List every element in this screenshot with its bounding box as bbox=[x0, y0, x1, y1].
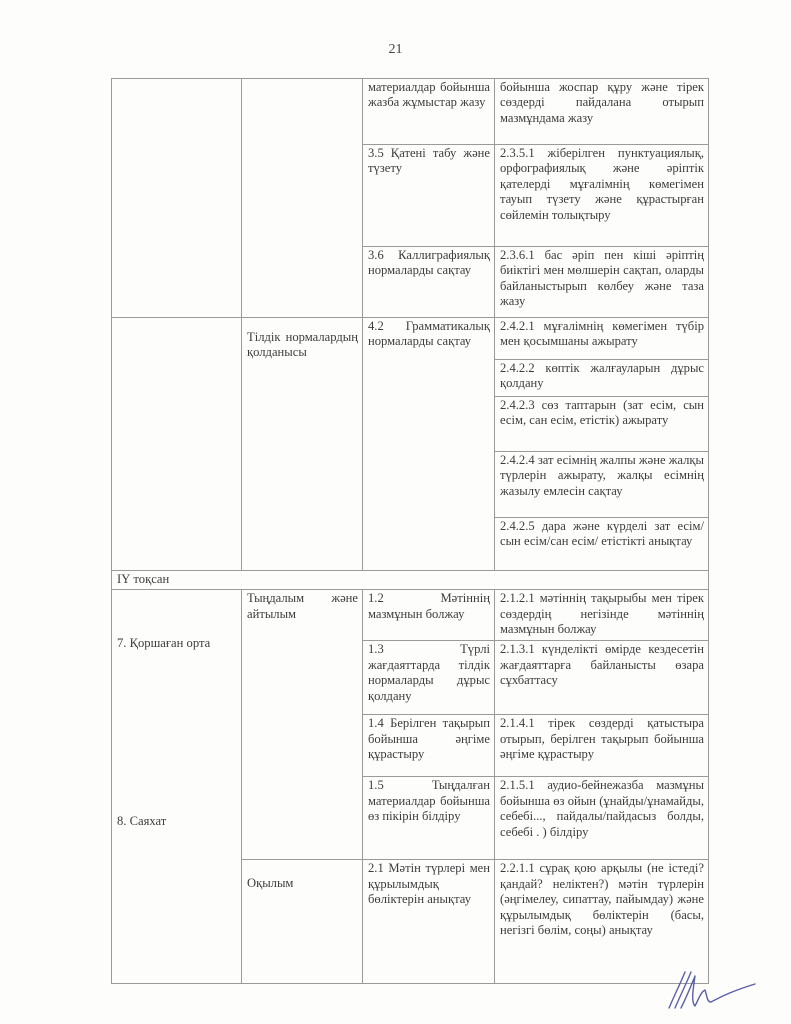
table-row: материалдар бойынша жазба жұмыстар жазу … bbox=[112, 79, 709, 145]
subskill-cell: 1.3 Түрлі жағдаяттарда тілдік нормаларды… bbox=[363, 641, 495, 715]
objective-cell: 2.2.1.1 сұрақ қою арқылы (не істеді? қан… bbox=[495, 860, 709, 984]
objective-cell: 2.1.4.1 тірек сөздерді қатыстыра отырып,… bbox=[495, 715, 709, 777]
theme-label: 7. Қоршаған орта bbox=[117, 636, 210, 651]
theme-cell-empty bbox=[112, 79, 242, 318]
objective-cell: 2.1.2.1 мәтіннің тақырыбы мен тірек сөзд… bbox=[495, 590, 709, 641]
table-row: Тілдік нормалардың қолданысы 4.2 Граммат… bbox=[112, 318, 709, 360]
objective-cell: 2.4.2.2 көптік жалғауларын дұрыс қолдану bbox=[495, 360, 709, 397]
objective-cell: 2.4.2.4 зат есімнің жалпы және жалқы түр… bbox=[495, 452, 709, 518]
theme-cell-empty bbox=[112, 318, 242, 571]
quarter-row: ІҮ тоқсан bbox=[112, 571, 709, 590]
skill-cell-listening: Тыңдалым және айтылым bbox=[242, 590, 363, 860]
table-row: 7. Қоршаған орта 8. Саяхат Тыңдалым және… bbox=[112, 590, 709, 641]
subskill-cell: 1.5 Тыңдалған материалдар бойынша өз пік… bbox=[363, 777, 495, 860]
objective-cell: бойынша жоспар құру және тірек сөздерді … bbox=[495, 79, 709, 145]
objective-cell: 2.4.2.5 дара және күрделі зат есім/сын е… bbox=[495, 518, 709, 571]
objective-cell: 2.3.6.1 бас әріп пен кіші әріптің биікті… bbox=[495, 247, 709, 318]
subskill-cell: 3.5 Қатені табу және түзету bbox=[363, 145, 495, 247]
skill-label: Тілдік нормалардың қолданысы bbox=[247, 330, 358, 359]
subskill-cell: 1.4 Берілген тақырып бойынша әңгіме құра… bbox=[363, 715, 495, 777]
subskill-cell: 2.1 Мәтін түрлері мен құрылымдық бөлікте… bbox=[363, 860, 495, 984]
subskill-cell: 4.2 Грамматикалық нормаларды сақтау bbox=[363, 318, 495, 571]
skill-cell-language-norms: Тілдік нормалардың қолданысы bbox=[242, 318, 363, 571]
objective-cell: 2.4.2.1 мұғалімнің көмегімен түбір мен қ… bbox=[495, 318, 709, 360]
objective-cell: 2.1.5.1 аудио-бейнежазба мазмұны бойынша… bbox=[495, 777, 709, 860]
skill-label: Оқылым bbox=[247, 876, 293, 890]
curriculum-table: материалдар бойынша жазба жұмыстар жазу … bbox=[111, 78, 709, 984]
objective-cell: 2.3.5.1 жіберілген пунктуациялық, орфогр… bbox=[495, 145, 709, 247]
objective-cell: 2.4.2.3 сөз таптарын (зат есім, сын есім… bbox=[495, 397, 709, 452]
objective-cell: 2.1.3.1 күнделікті өмірде кездесетін жағ… bbox=[495, 641, 709, 715]
skill-cell-empty bbox=[242, 79, 363, 318]
quarter-label: ІҮ тоқсан bbox=[112, 571, 709, 590]
theme-cell: 7. Қоршаған орта 8. Саяхат bbox=[112, 590, 242, 984]
page-number: 21 bbox=[0, 42, 791, 58]
subskill-cell: материалдар бойынша жазба жұмыстар жазу bbox=[363, 79, 495, 145]
signature-icon bbox=[655, 968, 765, 1012]
subskill-cell: 3.6 Каллиграфиялық нормаларды сақтау bbox=[363, 247, 495, 318]
subskill-cell: 1.2 Мәтіннің мазмұнын болжау bbox=[363, 590, 495, 641]
skill-cell-reading: Оқылым bbox=[242, 860, 363, 984]
theme-label: 8. Саяхат bbox=[117, 814, 166, 829]
